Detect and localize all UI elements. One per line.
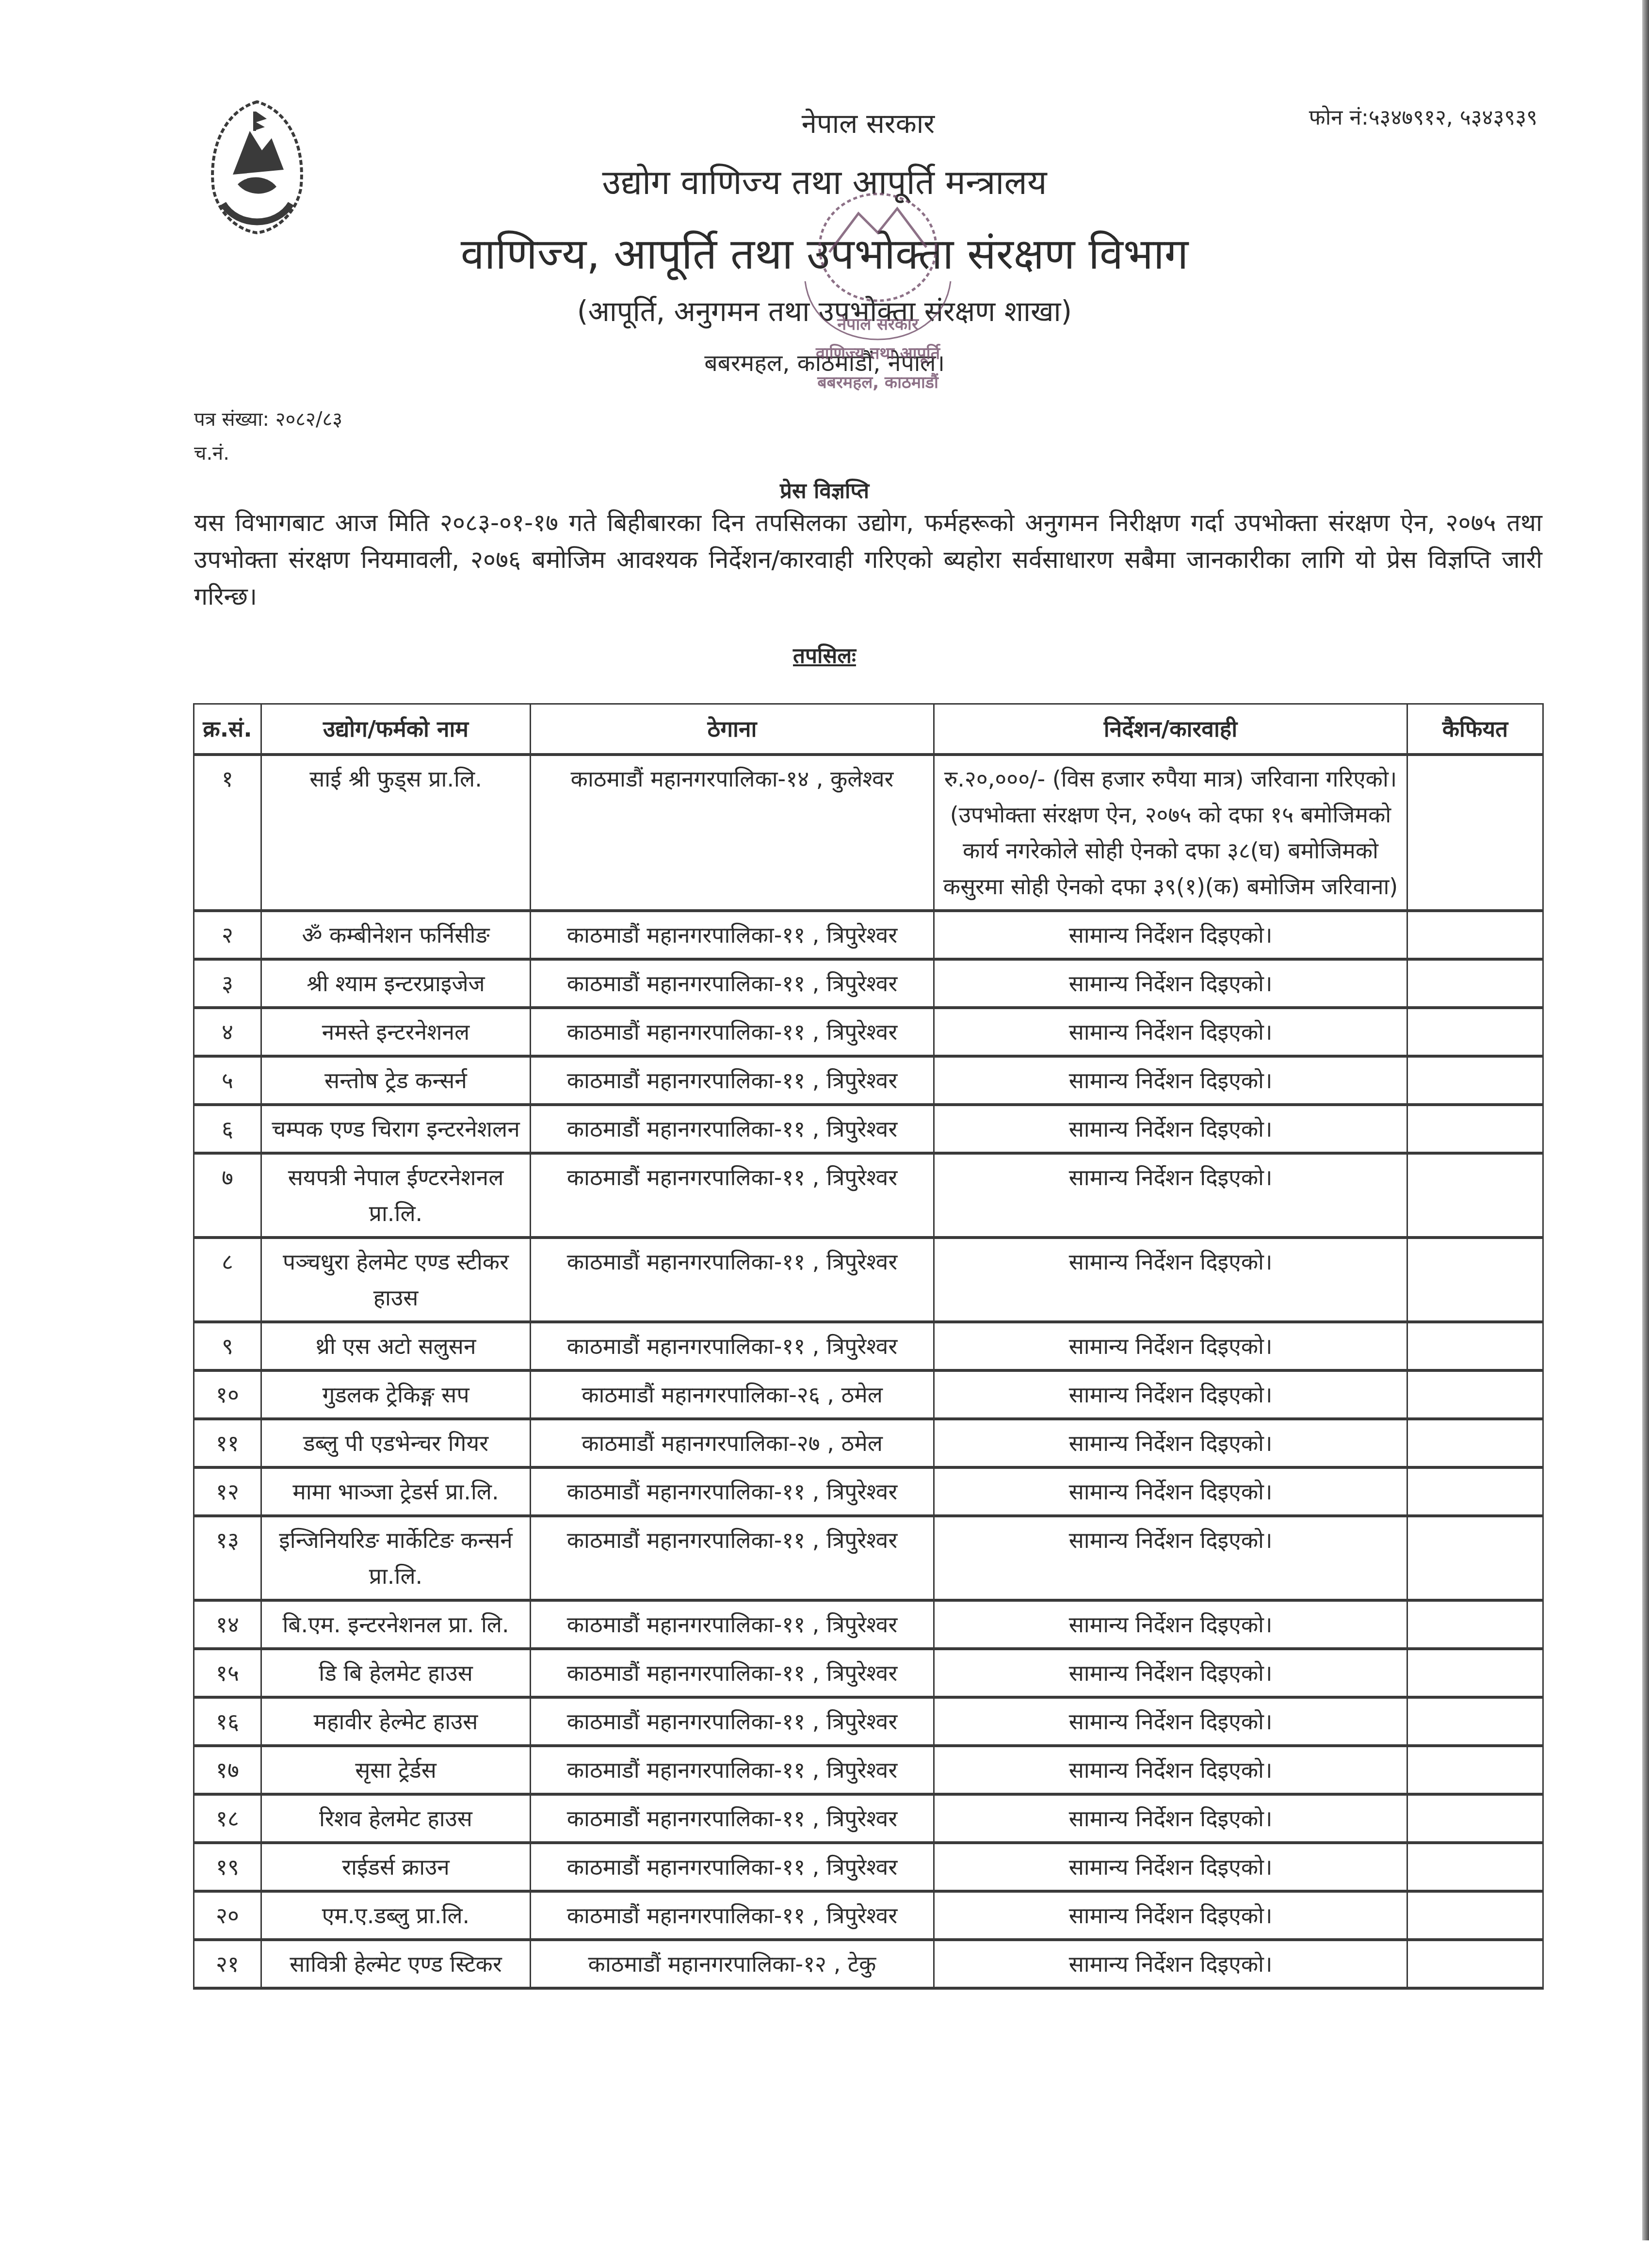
serial-cell: ७ <box>194 1153 261 1238</box>
address-cell: काठमाडौं महानगरपालिका-११ , त्रिपुरेश्वर <box>531 1891 934 1940</box>
remarks-cell <box>1407 1649 1543 1697</box>
press-release-body: यस विभागबाट आज मिति २०८३-०१-१७ गते बिहीब… <box>194 504 1542 615</box>
address-cell: काठमाडौं महानगरपालिका-१४ , कुलेश्वर <box>531 755 934 911</box>
serial-cell: ३ <box>194 959 261 1008</box>
inspection-table: क्र.सं. उद्योग/फर्मको नाम ठेगाना निर्देश… <box>193 703 1544 1990</box>
column-header-remarks: कैफियत <box>1407 704 1543 755</box>
address-cell: काठमाडौं महानगरपालिका-१२ , टेकु <box>531 1940 934 1988</box>
serial-cell: १७ <box>194 1746 261 1794</box>
press-release-title: प्रेस विज्ञप्ति <box>727 475 921 504</box>
address-cell: काठमाडौं महानगरपालिका-११ , त्रिपुरेश्वर <box>531 1467 934 1516</box>
column-header-firm-name: उद्योग/फर्मको नाम <box>261 704 531 755</box>
remarks-cell <box>1407 1105 1543 1153</box>
serial-cell: १५ <box>194 1649 261 1697</box>
table-row: २०एम.ए.डब्लु प्रा.लि.काठमाडौं महानगरपालि… <box>194 1891 1543 1940</box>
serial-cell: २१ <box>194 1940 261 1988</box>
remarks-cell <box>1407 1370 1543 1419</box>
serial-cell: ९ <box>194 1322 261 1370</box>
department-name: वाणिज्य, आपूर्ति तथा उपभोक्ता संरक्षण वि… <box>339 223 1309 281</box>
serial-cell: ८ <box>194 1238 261 1322</box>
firm-name-cell: ॐ कम्बीनेशन फर्निसीङ <box>261 911 531 959</box>
action-cell: सामान्य निर्देशन दिइएको। <box>934 1746 1407 1794</box>
action-cell: सामान्य निर्देशन दिइएको। <box>934 1940 1407 1988</box>
firm-name-cell: डि बि हेलमेट हाउस <box>261 1649 531 1697</box>
serial-cell: ६ <box>194 1105 261 1153</box>
action-cell: सामान्य निर्देशन दिइएको। <box>934 911 1407 959</box>
address-cell: काठमाडौं महानगरपालिका-११ , त्रिपुरेश्वर <box>531 1843 934 1891</box>
serial-cell: ४ <box>194 1008 261 1056</box>
table-header-row: क्र.सं. उद्योग/फर्मको नाम ठेगाना निर्देश… <box>194 704 1543 755</box>
serial-cell: १४ <box>194 1600 261 1649</box>
address-cell: काठमाडौं महानगरपालिका-११ , त्रिपुरेश्वर <box>531 1794 934 1843</box>
serial-cell: २ <box>194 911 261 959</box>
serial-cell: १ <box>194 755 261 911</box>
branch-name: (आपूर्ति, अनुगमन तथा उपभोक्ता संरक्षण शा… <box>436 291 1212 329</box>
firm-name-cell: नमस्ते इन्टरनेशनल <box>261 1008 531 1056</box>
table-row: १०गुडलक ट्रेकिङ्ग सपकाठमाडौं महानगरपालिक… <box>194 1370 1543 1419</box>
firm-name-cell: चम्पक एण्ड चिराग इन्टरनेशलन <box>261 1105 531 1153</box>
address-cell: काठमाडौं महानगरपालिका-११ , त्रिपुरेश्वर <box>531 1238 934 1322</box>
address-cell: काठमाडौं महानगरपालिका-११ , त्रिपुरेश्वर <box>531 959 934 1008</box>
action-cell: सामान्य निर्देशन दिइएको। <box>934 1322 1407 1370</box>
address-cell: काठमाडौं महानगरपालिका-११ , त्रिपुरेश्वर <box>531 1649 934 1697</box>
table-row: १साई श्री फुड्स प्रा.लि.काठमाडौं महानगरप… <box>194 755 1543 911</box>
firm-name-cell: इन्जिनियरिङ मार्केटिङ कन्सर्न प्रा.लि. <box>261 1516 531 1600</box>
address-cell: काठमाडौं महानगरपालिका-११ , त्रिपुरेश्वर <box>531 1516 934 1600</box>
table-row: ९थ्री एस अटो सलुसनकाठमाडौं महानगरपालिका-… <box>194 1322 1543 1370</box>
remarks-cell <box>1407 1746 1543 1794</box>
remarks-cell <box>1407 1600 1543 1649</box>
remarks-cell <box>1407 1940 1543 1988</box>
serial-cell: १९ <box>194 1843 261 1891</box>
firm-name-cell: डब्लु पी एडभेन्चर गियर <box>261 1419 531 1467</box>
address-cell: काठमाडौं महानगरपालिका-११ , त्रिपुरेश्वर <box>531 1746 934 1794</box>
table-row: १२मामा भाञ्जा ट्रेडर्स प्रा.लि.काठमाडौं … <box>194 1467 1543 1516</box>
firm-name-cell: बि.एम. इन्टरनेशनल प्रा. लि. <box>261 1600 531 1649</box>
table-row: १९राईडर्स क्राउनकाठमाडौं महानगरपालिका-११… <box>194 1843 1543 1891</box>
address-cell: काठमाडौं महानगरपालिका-११ , त्रिपुरेश्वर <box>531 1008 934 1056</box>
address-cell: काठमाडौं महानगरपालिका-११ , त्रिपुरेश्वर <box>531 1056 934 1105</box>
action-cell: सामान्य निर्देशन दिइएको। <box>934 1516 1407 1600</box>
table-row: ५सन्तोष ट्रेड कन्सर्नकाठमाडौं महानगरपालि… <box>194 1056 1543 1105</box>
action-cell: सामान्य निर्देशन दिइएको। <box>934 1105 1407 1153</box>
dispatch-number: च.नं. <box>194 439 229 466</box>
ministry-name: उद्योग वाणिज्य तथा आपूर्ति मन्त्रालय <box>436 158 1212 204</box>
table-row: १७सृसा ट्रेर्डसकाठमाडौं महानगरपालिका-११ … <box>194 1746 1543 1794</box>
address-cell: काठमाडौं महानगरपालिका-११ , त्रिपुरेश्वर <box>531 1105 934 1153</box>
serial-cell: २० <box>194 1891 261 1940</box>
firm-name-cell: सावित्री हेल्मेट एण्ड स्टिकर <box>261 1940 531 1988</box>
letter-number: पत्र संख्या: २०८२/८३ <box>194 405 342 432</box>
serial-cell: १० <box>194 1370 261 1419</box>
firm-name-cell: महावीर हेल्मेट हाउस <box>261 1697 531 1746</box>
firm-name-cell: एम.ए.डब्लु प्रा.लि. <box>261 1891 531 1940</box>
column-header-address: ठेगाना <box>531 704 934 755</box>
table-row: १४बि.एम. इन्टरनेशनल प्रा. लि.काठमाडौं मह… <box>194 1600 1543 1649</box>
action-cell: सामान्य निर्देशन दिइएको। <box>934 1370 1407 1419</box>
address-cell: काठमाडौं महानगरपालिका-२६ , ठमेल <box>531 1370 934 1419</box>
firm-name-cell: सयपत्री नेपाल ईण्टरनेशनल प्रा.लि. <box>261 1153 531 1238</box>
firm-name-cell: थ्री एस अटो सलुसन <box>261 1322 531 1370</box>
action-cell: सामान्य निर्देशन दिइएको। <box>934 1419 1407 1467</box>
action-cell: सामान्य निर्देशन दिइएको। <box>934 1649 1407 1697</box>
serial-cell: १६ <box>194 1697 261 1746</box>
firm-name-cell: सृसा ट्रेर्डस <box>261 1746 531 1794</box>
remarks-cell <box>1407 1843 1543 1891</box>
action-cell: सामान्य निर्देशन दिइएको। <box>934 1843 1407 1891</box>
firm-name-cell: श्री श्याम इन्टरप्राइजेज <box>261 959 531 1008</box>
table-row: ६चम्पक एण्ड चिराग इन्टरनेशलनकाठमाडौं महा… <box>194 1105 1543 1153</box>
serial-cell: ११ <box>194 1419 261 1467</box>
firm-name-cell: मामा भाञ्जा ट्रेडर्स प्रा.लि. <box>261 1467 531 1516</box>
remarks-cell <box>1407 1697 1543 1746</box>
remarks-cell <box>1407 911 1543 959</box>
action-cell: सामान्य निर्देशन दिइएको। <box>934 1056 1407 1105</box>
remarks-cell <box>1407 1008 1543 1056</box>
table-row: १५डि बि हेलमेट हाउसकाठमाडौं महानगरपालिका… <box>194 1649 1543 1697</box>
table-row: १३इन्जिनियरिङ मार्केटिङ कन्सर्न प्रा.लि.… <box>194 1516 1543 1600</box>
remarks-cell <box>1407 755 1543 911</box>
firm-name-cell: रिशव हेलमेट हाउस <box>261 1794 531 1843</box>
action-cell: सामान्य निर्देशन दिइएको। <box>934 1153 1407 1238</box>
government-name: नेपाल सरकार <box>757 104 980 141</box>
action-cell: सामान्य निर्देशन दिइएको। <box>934 1697 1407 1746</box>
address-cell: काठमाडौं महानगरपालिका-११ , त्रिपुरेश्वर <box>531 1697 934 1746</box>
action-cell: रु.२०,०००/- (विस हजार रुपैया मात्र) जरिव… <box>934 755 1407 911</box>
column-header-action: निर्देशन/कारवाही <box>934 704 1407 755</box>
details-heading: तपसिलः <box>727 640 921 669</box>
table-row: ३श्री श्याम इन्टरप्राइजेजकाठमाडौं महानगर… <box>194 959 1543 1008</box>
address-cell: काठमाडौं महानगरपालिका-२७ , ठमेल <box>531 1419 934 1467</box>
action-cell: सामान्य निर्देशन दिइएको। <box>934 1891 1407 1940</box>
firm-name-cell: गुडलक ट्रेकिङ्ग सप <box>261 1370 531 1419</box>
remarks-cell <box>1407 1794 1543 1843</box>
firm-name-cell: सन्तोष ट्रेड कन्सर्न <box>261 1056 531 1105</box>
nepal-emblem-icon <box>194 92 320 238</box>
address-cell: काठमाडौं महानगरपालिका-११ , त्रिपुरेश्वर <box>531 911 934 959</box>
remarks-cell <box>1407 1516 1543 1600</box>
action-cell: सामान्य निर्देशन दिइएको। <box>934 959 1407 1008</box>
table-row: ४नमस्ते इन्टरनेशनलकाठमाडौं महानगरपालिका-… <box>194 1008 1543 1056</box>
serial-cell: ५ <box>194 1056 261 1105</box>
serial-cell: १८ <box>194 1794 261 1843</box>
column-header-serial: क्र.सं. <box>194 704 261 755</box>
remarks-cell <box>1407 1467 1543 1516</box>
table-row: २१सावित्री हेल्मेट एण्ड स्टिकरकाठमाडौं म… <box>194 1940 1543 1988</box>
phone-numbers: फोन नं:५३४७९१२, ५३४३९३९ <box>1309 102 1537 131</box>
address-cell: काठमाडौं महानगरपालिका-११ , त्रिपुरेश्वर <box>531 1600 934 1649</box>
firm-name-cell: साई श्री फुड्स प्रा.लि. <box>261 755 531 911</box>
serial-cell: १३ <box>194 1516 261 1600</box>
action-cell: सामान्य निर्देशन दिइएको। <box>934 1008 1407 1056</box>
table-row: १८रिशव हेलमेट हाउसकाठमाडौं महानगरपालिका-… <box>194 1794 1543 1843</box>
serial-cell: १२ <box>194 1467 261 1516</box>
address-cell: काठमाडौं महानगरपालिका-११ , त्रिपुरेश्वर <box>531 1322 934 1370</box>
remarks-cell <box>1407 1891 1543 1940</box>
office-address: बबरमहल, काठमाडौं, नेपाल। <box>630 347 1018 378</box>
firm-name-cell: पञ्चधुरा हेलमेट एण्ड स्टीकर हाउस <box>261 1238 531 1322</box>
table-row: ११डब्लु पी एडभेन्चर गियरकाठमाडौं महानगरप… <box>194 1419 1543 1467</box>
table-row: ८पञ्चधुरा हेलमेट एण्ड स्टीकर हाउसकाठमाडौ… <box>194 1238 1543 1322</box>
action-cell: सामान्य निर्देशन दिइएको। <box>934 1794 1407 1843</box>
remarks-cell <box>1407 1153 1543 1238</box>
scan-edge <box>1642 0 1649 2240</box>
table-row: १६महावीर हेल्मेट हाउसकाठमाडौं महानगरपालि… <box>194 1697 1543 1746</box>
firm-name-cell: राईडर्स क्राउन <box>261 1843 531 1891</box>
remarks-cell <box>1407 1322 1543 1370</box>
address-cell: काठमाडौं महानगरपालिका-११ , त्रिपुरेश्वर <box>531 1153 934 1238</box>
action-cell: सामान्य निर्देशन दिइएको। <box>934 1600 1407 1649</box>
action-cell: सामान्य निर्देशन दिइएको। <box>934 1238 1407 1322</box>
remarks-cell <box>1407 1419 1543 1467</box>
table-body: १साई श्री फुड्स प्रा.लि.काठमाडौं महानगरप… <box>194 755 1543 1988</box>
remarks-cell <box>1407 1056 1543 1105</box>
table-row: २ॐ कम्बीनेशन फर्निसीङकाठमाडौं महानगरपालि… <box>194 911 1543 959</box>
remarks-cell <box>1407 959 1543 1008</box>
remarks-cell <box>1407 1238 1543 1322</box>
table-row: ७सयपत्री नेपाल ईण्टरनेशनल प्रा.लि.काठमाड… <box>194 1153 1543 1238</box>
action-cell: सामान्य निर्देशन दिइएको। <box>934 1467 1407 1516</box>
